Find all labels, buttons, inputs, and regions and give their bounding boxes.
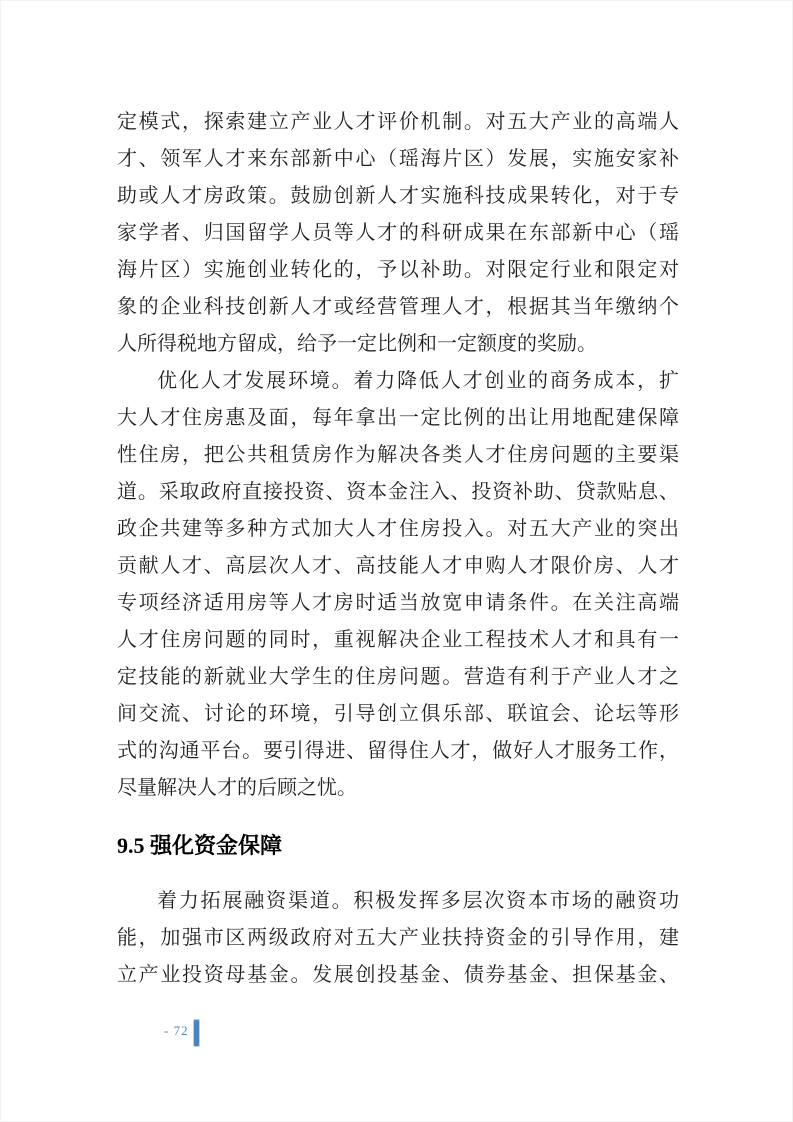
text-line[interactable]: 大人才住房惠及面，每年拿出一定比例的出让用地配建保障 <box>117 400 679 437</box>
text-line[interactable]: 间交流、讨论的环境，引导创立俱乐部、联谊会、论坛等形 <box>117 696 679 733</box>
text-line[interactable]: 专项经济适用房等人才房时适当放宽申请条件。在关注高端 <box>117 585 679 622</box>
text-line[interactable]: 才、领军人才来东部新中心（瑶海片区）发展，实施安家补 <box>117 141 679 178</box>
text-line[interactable]: 尽量解决人才的后顾之忧。 <box>117 770 679 807</box>
text-line[interactable]: 助或人才房政策。鼓励创新人才实施科技成果转化，对于专 <box>117 178 679 215</box>
text-line[interactable]: 性住房，把公共租赁房作为解决各类人才住房问题的主要渠 <box>117 437 679 474</box>
text-line[interactable]: 海片区）实施创业转化的，予以补助。对限定行业和限定对 <box>117 252 679 289</box>
text-line[interactable]: 贡献人才、高层次人才、高技能人才申购人才限价房、人才 <box>117 548 679 585</box>
paragraph-talent-reward: 定模式，探索建立产业人才评价机制。对五大产业的高端人 才、领军人才来东部新中心（… <box>117 104 679 363</box>
text-line[interactable]: 象的企业科技创新人才或经营管理人才，根据其当年缴纳个 <box>117 289 679 326</box>
section-heading[interactable]: 9.5 强化资金保障 <box>117 827 679 864</box>
text-line[interactable]: 人所得税地方留成，给予一定比例和一定额度的奖励。 <box>117 326 679 363</box>
paragraph-talent-environment: 优化人才发展环境。着力降低人才创业的商务成本，扩 大人才住房惠及面，每年拿出一定… <box>117 363 679 807</box>
text-line[interactable]: 立产业投资母基金。发展创投基金、债券基金、担保基金、 <box>117 957 679 994</box>
text-line[interactable]: 人才住房问题的同时，重视解决企业工程技术人才和具有一 <box>117 622 679 659</box>
text-line[interactable]: 道。采取政府直接投资、资本金注入、投资补助、贷款贴息、 <box>117 474 679 511</box>
text-area[interactable]: 定模式，探索建立产业人才评价机制。对五大产业的高端人 才、领军人才来东部新中心（… <box>117 104 679 994</box>
text-line[interactable]: 家学者、归国留学人员等人才的科研成果在东部新中心（瑶 <box>117 215 679 252</box>
text-line[interactable]: 优化人才发展环境。着力降低人才创业的商务成本，扩 <box>117 363 679 400</box>
text-cursor-icon <box>194 1020 199 1046</box>
text-line[interactable]: 着力拓展融资渠道。积极发挥多层次资本市场的融资功 <box>117 883 679 920</box>
paragraph-financing: 着力拓展融资渠道。积极发挥多层次资本市场的融资功 能，加强市区两级政府对五大产业… <box>117 883 679 994</box>
text-line[interactable]: 定模式，探索建立产业人才评价机制。对五大产业的高端人 <box>117 104 679 141</box>
document-page: 定模式，探索建立产业人才评价机制。对五大产业的高端人 才、领军人才来东部新中心（… <box>0 0 793 1122</box>
text-line[interactable]: 式的沟通平台。要引得进、留得住人才，做好人才服务工作， <box>117 733 679 770</box>
text-line[interactable]: 定技能的新就业大学生的住房问题。营造有利于产业人才之 <box>117 659 679 696</box>
text-line[interactable]: 能，加强市区两级政府对五大产业扶持资金的引导作用，建 <box>117 920 679 957</box>
text-line[interactable]: 政企共建等多种方式加大人才住房投入。对五大产业的突出 <box>117 511 679 548</box>
